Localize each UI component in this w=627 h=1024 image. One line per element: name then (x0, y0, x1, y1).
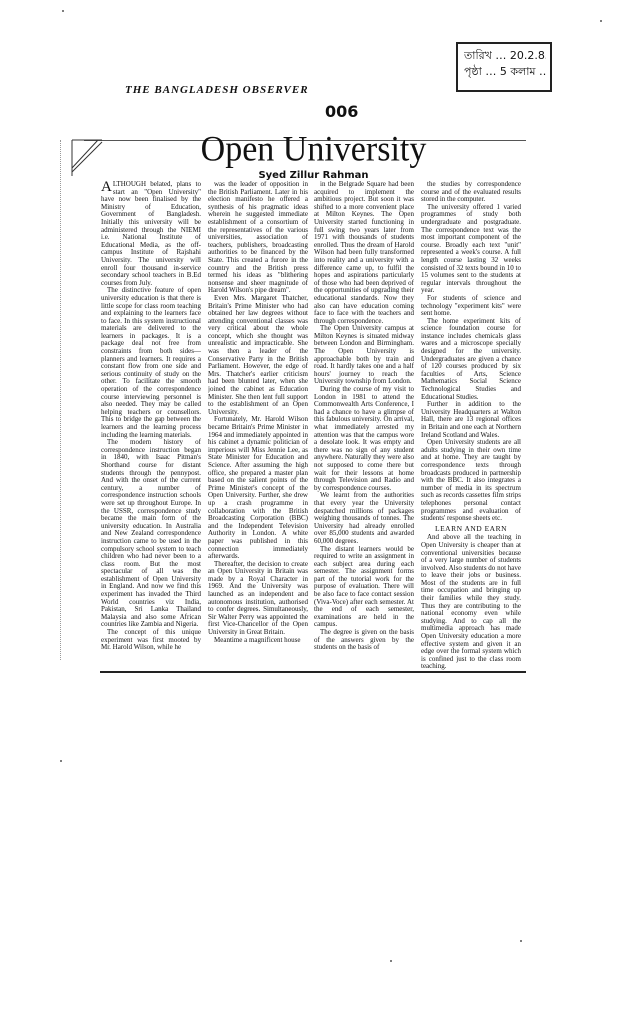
article-paragraph: in the Belgrade Square had been acquired… (314, 181, 414, 325)
article-bottom-rule (100, 671, 526, 673)
article-paragraph: The degree is given on the basis of the … (314, 629, 414, 652)
article-paragraph: was the leader of opposition in the Brit… (208, 181, 308, 295)
article-paragraph: The university offered 1 varied programm… (421, 204, 521, 295)
article-paragraph: the studies by correspondence course and… (421, 181, 521, 204)
margin-dotted-line (60, 140, 62, 660)
article-paragraph: The distant learners would be required t… (314, 546, 414, 630)
article-paragraph: During the course of my visit to London … (314, 386, 414, 492)
stamp-date-row: তারিখ … 20.2.85 (464, 48, 546, 64)
stamp-date-label: তারিখ (464, 49, 492, 62)
scan-speck (62, 10, 64, 12)
stamp-date-value: 20.2.85 (510, 49, 546, 62)
stamp-page-row: পৃষ্ঠা … 5 কলাম … 2 (464, 64, 546, 80)
article-paragraph: We learnt from the authorities that ever… (314, 492, 414, 545)
article-paragraph: Fortunately, Mr. Harold Wilson became Br… (208, 416, 308, 560)
article-paragraph: Open University students are all adults … (421, 439, 521, 523)
article-column-2: was the leader of opposition in the Brit… (208, 181, 308, 671)
article-paragraph: The modern history of correspondence ins… (101, 439, 201, 629)
drop-cap: A (101, 181, 112, 193)
article-paragraph: Even Mrs. Margaret Thatcher, Britain's P… (208, 295, 308, 417)
article-paragraph: Further in addition to the University He… (421, 401, 521, 439)
stamp-page-label: পৃষ্ঠা (464, 65, 482, 78)
page-number: 006 (325, 102, 358, 121)
article-paragraph: The Open University campus at Milton Key… (314, 325, 414, 386)
article-subhead: LEARN AND EARN (421, 525, 521, 533)
article-paragraph: And above all the teaching in Open Unive… (421, 534, 521, 671)
scan-speck (520, 940, 522, 942)
scan-speck (600, 20, 602, 22)
newspaper-masthead: THE BANGLADESH OBSERVER (125, 84, 309, 96)
article-title: Open University (0, 130, 627, 170)
article-paragraph: ALTHOUGH belated, plans to start an "Ope… (101, 181, 201, 287)
article-paragraph: The concept of this unique experiment wa… (101, 629, 201, 652)
scan-speck (390, 960, 392, 962)
article-paragraph: The distinctive feature of open universi… (101, 287, 201, 439)
article-paragraph: Meantime a magnificent house (208, 637, 308, 645)
article-byline: Syed Zillur Rahman (0, 170, 627, 181)
newspaper-clipping-page: তারিখ … 20.2.85 পৃষ্ঠা … 5 কলাম … 2 THE … (0, 0, 627, 1024)
article-paragraph: For students of science and technology "… (421, 295, 521, 318)
article-column-4: the studies by correspondence course and… (421, 181, 521, 671)
article-column-3: in the Belgrade Square had been acquired… (314, 181, 414, 671)
stamp-page-value: 5 (500, 65, 507, 78)
scan-speck (60, 760, 62, 762)
article-column-1: ALTHOUGH belated, plans to start an "Ope… (101, 181, 201, 671)
article-paragraph: The home experiment kits of science foun… (421, 318, 521, 402)
article-paragraph: Thereafter, the decision to create an Op… (208, 561, 308, 637)
stamp-column-label: কলাম (510, 65, 535, 78)
archive-date-stamp: তারিখ … 20.2.85 পৃষ্ঠা … 5 কলাম … 2 (456, 42, 552, 92)
article-body: ALTHOUGH belated, plans to start an "Ope… (101, 181, 525, 671)
